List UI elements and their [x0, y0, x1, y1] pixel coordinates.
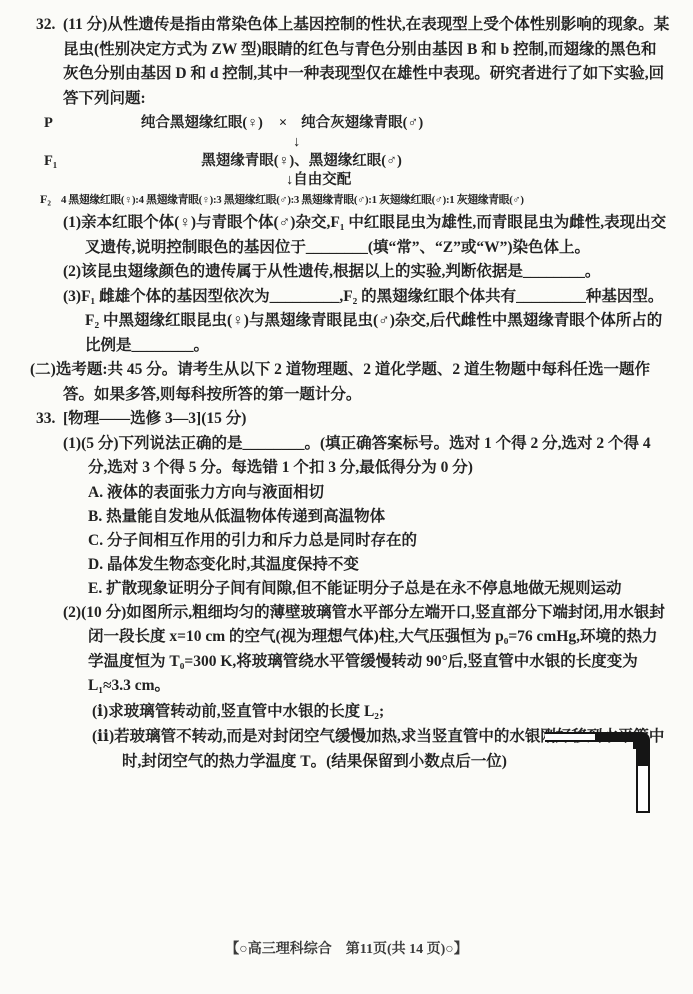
- f1-phenotypes: 黑翅缘青眼(♀)、黑翅缘红眼(♂): [201, 153, 402, 169]
- f2-generation-label: F₂: [36, 190, 51, 208]
- section-two-heading: (二)选考题:共 45 分。请考生从以下 2 道物理题、2 道化学题、2 道生物…: [36, 358, 671, 407]
- question-33-part1-options: A. 液体的表面张力方向与液面相切 B. 热量能自发地从低温物体传递到高温物体 …: [36, 481, 671, 601]
- question-33-title: [物理——选修 3—3](15 分): [63, 407, 671, 432]
- tube-vertical-mercury-segment: [636, 742, 650, 766]
- option-D: D. 晶体发生物态变化时,其温度保持不变: [88, 553, 671, 577]
- f1-generation-label: F₁: [36, 152, 57, 170]
- question-32: 32. (11 分)从性遗传是指由常染色体上基因控制的性状,在表现型上受个体性别…: [36, 13, 671, 111]
- question-33: 33. [物理——选修 3—3](15 分): [36, 407, 671, 432]
- free-mating-arrow-row: ↓自由交配: [36, 171, 671, 189]
- genetic-cross-diagram: P纯合黑翅缘红眼(♀)×纯合灰翅缘青眼(♂) ↓ F₁黑翅缘青眼(♀)、黑翅缘红…: [36, 114, 671, 209]
- cross-p-row: P纯合黑翅缘红眼(♀)×纯合灰翅缘青眼(♂): [36, 114, 671, 132]
- option-A: A. 液体的表面张力方向与液面相切: [88, 481, 671, 505]
- f2-phenotype-ratio: 4 黑翅缘红眼(♀):4 黑翅缘青眼(♀):3 黑翅缘红眼(♂):3 黑翅缘青眼…: [61, 194, 524, 206]
- tube-vertical-sealed-air-column: [636, 766, 650, 813]
- question-32-number: 32.: [36, 13, 63, 111]
- cross-arrow-row: ↓: [36, 133, 671, 151]
- question-33-part1-stem: (1)(5 分)下列说法正确的是________。(填正确答案标号。选对 1 个…: [36, 432, 671, 481]
- question-32-stem: (11 分)从性遗传是指由常染色体上基因控制的性状,在表现型上受个体性别影响的现…: [63, 13, 671, 111]
- question-33-part2-sub-i: (ⅰ)求玻璃管转动前,竖直管中水银的长度 L₂;: [36, 699, 671, 724]
- p-female-phenotype: 纯合黑翅缘红眼(♀): [141, 115, 263, 131]
- tube-horizontal-mercury-segment: [595, 732, 637, 742]
- cross-f2-row: F₂4 黑翅缘红眼(♀):4 黑翅缘青眼(♀):3 黑翅缘红眼(♂):3 黑翅缘…: [36, 190, 671, 209]
- option-B: B. 热量能自发地从低温物体传递到高温物体: [88, 505, 671, 529]
- option-C: C. 分子间相互作用的引力和斥力总是同时存在的: [88, 529, 671, 553]
- glass-tube-figure: [545, 732, 653, 816]
- page-footer: 【○高三理科综合 第11页(共 14 页)○】: [0, 938, 693, 958]
- down-arrow-free-mate: ↓自由交配: [286, 172, 351, 188]
- question-32-sub3: (3)F₁ 雌雄个体的基因型依次为_________,F₂ 的黑翅缘红眼个体共有…: [36, 285, 671, 359]
- question-33-number: 33.: [36, 407, 63, 432]
- exam-page: 32. (11 分)从性遗传是指由常染色体上基因控制的性状,在表现型上受个体性别…: [0, 0, 693, 994]
- question-32-sub2: (2)该昆虫翅缘颜色的遗传属于从性遗传,根据以上的实验,判断依据是_______…: [36, 260, 671, 285]
- cross-f1-row: F₁黑翅缘青眼(♀)、黑翅缘红眼(♂): [36, 152, 671, 170]
- down-arrow-icon: ↓: [293, 134, 300, 150]
- p-male-phenotype: 纯合灰翅缘青眼(♂): [301, 115, 423, 131]
- question-32-sub1: (1)亲本红眼个体(♀)与青眼个体(♂)杂交,F₁ 中红眼昆虫为雄性,而青眼昆虫…: [36, 211, 671, 260]
- tube-horizontal-open-segment: [545, 732, 595, 742]
- question-33-part2-stem: (2)(10 分)如图所示,粗细均匀的薄壁玻璃管水平部分左端开口,竖直部分下端封…: [36, 601, 671, 699]
- p-generation-label: P: [36, 114, 53, 132]
- option-E: E. 扩散现象证明分子间有间隙,但不能证明分子总是在永不停息地做无规则运动: [88, 577, 671, 601]
- cross-times-symbol: ×: [279, 115, 287, 131]
